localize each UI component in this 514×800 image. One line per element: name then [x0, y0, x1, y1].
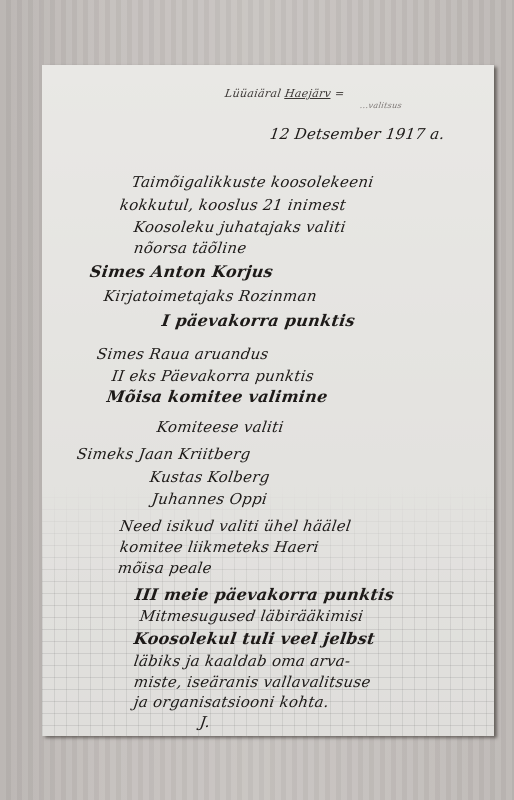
body-line-20: Koosolekul tuli veel jelbst [133, 629, 377, 648]
body-line-23: ja organisatsiooni kohta. [133, 693, 331, 711]
body-line-12: Simeks Jaan Kriitberg [76, 445, 252, 463]
header-estate: Haejärv [284, 87, 332, 100]
body-line-16: komitee liikmeteks Haeri [119, 538, 320, 556]
body-line-19: Mitmesugused läbirääkimisi [139, 607, 365, 625]
header-place: Lüüaiäral Haejärv = [224, 87, 345, 100]
body-line-15: Need isikud valiti ühel häälel [119, 517, 353, 535]
header-annotation: ...valitsus [359, 101, 402, 110]
body-line-1: Taimõigalikkuste koosolekeeni [131, 173, 375, 191]
body-line-11: Komiteese valiti [156, 418, 285, 436]
body-line-13: Kustas Kolberg [149, 468, 271, 486]
body-line-17: mõisa peale [117, 559, 213, 577]
body-line-7: I päevakorra punktis [161, 311, 357, 330]
header-place-text: Lüüaiäral [224, 87, 282, 100]
document-sheet: Lüüaiäral Haejärv = ...valitsus 12 Detse… [42, 65, 494, 736]
body-line-9: II eks Päevakorra punktis [111, 367, 315, 385]
body-line-2: kokkutul, kooslus 21 inimest [119, 196, 348, 214]
document-date: 12 Detsember 1917 a. [269, 125, 446, 143]
body-line-5: Simes Anton Korjus [89, 262, 275, 281]
body-line-8: Simes Raua aruandus [96, 345, 270, 363]
body-line-6: Kirjatoimetajaks Rozinman [103, 287, 318, 305]
body-line-22: miste, iseäranis vallavalitsuse [133, 673, 372, 691]
body-line-21: läbiks ja kaaldab oma arva- [133, 652, 352, 670]
body-line-14: Juhannes Oppi [151, 490, 269, 508]
body-line-10: Mõisa komitee valimine [106, 387, 329, 406]
body-line-3: Koosoleku juhatajaks valiti [133, 218, 347, 236]
body-line-18: III meie päevakorra punktis [134, 585, 396, 604]
body-line-4: nõorsa täõline [133, 239, 248, 257]
